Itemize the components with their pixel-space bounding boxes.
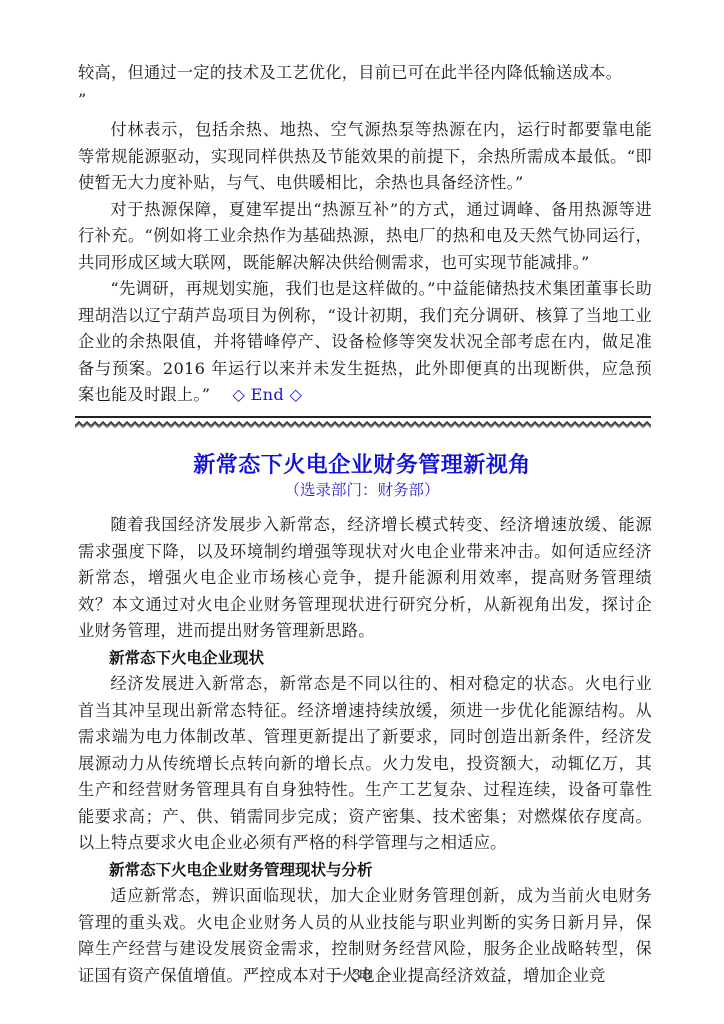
paragraph-text: “先调研，再规划实施，我们也是这样做的。”中益能储热技术集团董事长助理胡浩以辽宁…	[78, 279, 652, 404]
closing-quote: ”	[78, 90, 87, 109]
article-body: 随着我国经济发展步入新常态，经济增长模式转变、经济增速放缓、能源需求强度下降，以…	[78, 512, 652, 989]
paragraph-fulin: 付林表示，包括余热、地热、空气源热泵等热源在内，运行时都要靠电能等常规能源驱动，…	[78, 117, 652, 197]
paragraph-xiajianjun: 对于热源保障，夏建军提出“热源互补”的方式，通过调峰、备用热源等进行补充。“例如…	[78, 197, 652, 277]
paragraph-intro: 随着我国经济发展步入新常态，经济增长模式转变、经济增速放缓、能源需求强度下降，以…	[78, 512, 652, 645]
divider-solid-line	[75, 416, 651, 418]
article-title: 新常态下火电企业财务管理新视角	[0, 448, 724, 479]
end-mark: ◇ End ◇	[232, 385, 302, 404]
upper-article: 较高，但通过一定的技术及工艺优化，目前已可在此半径内降低输送成本。 ” 付林表示…	[78, 60, 652, 409]
paragraph-line: 较高，但通过一定的技术及工艺优化，目前已可在此半径内降低输送成本。	[78, 63, 622, 82]
paragraph-huhao: “先调研，再规划实施，我们也是这样做的。”中益能储热技术集团董事长助理胡浩以辽宁…	[78, 276, 652, 409]
section-divider	[75, 415, 651, 429]
divider-zigzag-line	[75, 420, 651, 428]
page-number: － 38 －	[0, 964, 724, 985]
article-subtitle: （选录部门：财务部）	[0, 478, 724, 500]
subheading-status: 新常态下火电企业现状	[78, 645, 652, 672]
subheading-analysis: 新常态下火电企业财务管理现状与分析	[78, 857, 652, 884]
paragraph-status: 经济发展进入新常态，新常态是不同以往的、相对稳定的状态。火电行业首当其冲呈现出新…	[78, 671, 652, 857]
paragraph-continuation: 较高，但通过一定的技术及工艺优化，目前已可在此半径内降低输送成本。 ”	[78, 60, 652, 113]
